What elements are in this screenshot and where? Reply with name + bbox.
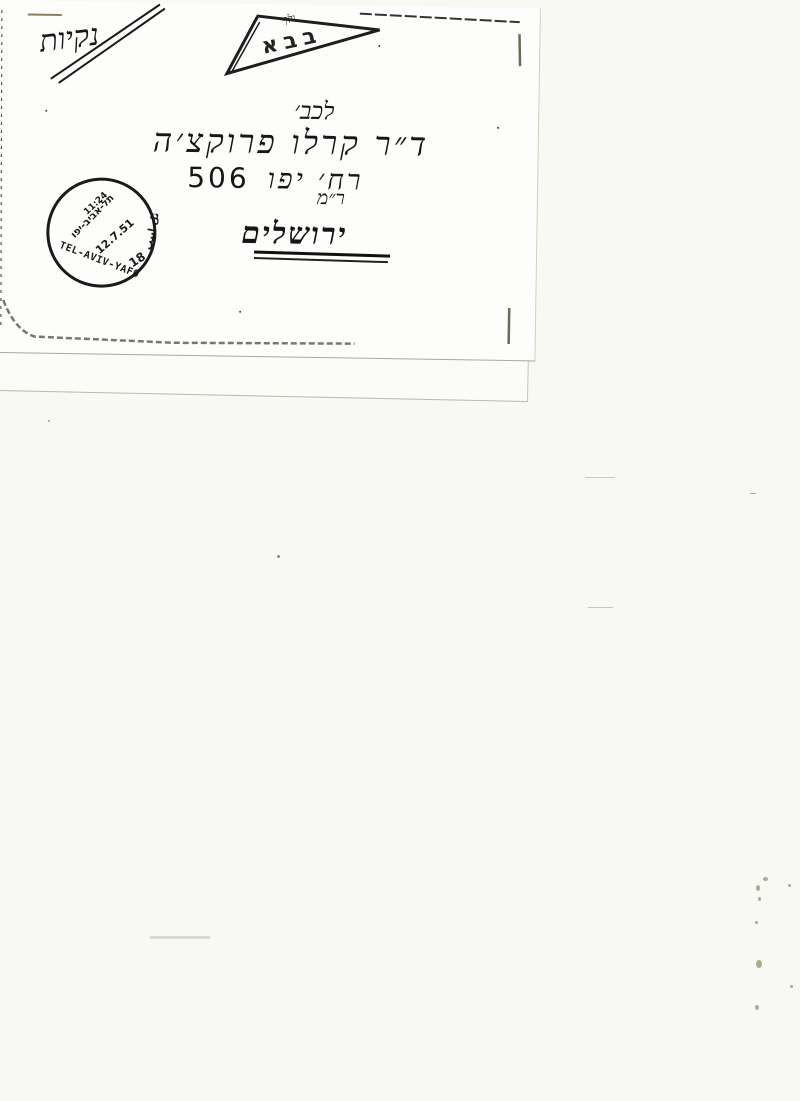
stain-speck — [755, 1005, 759, 1010]
street-name: רח׳ יפו — [267, 162, 363, 197]
postmark-date: 12.7.51 — [93, 216, 137, 256]
corner-note: נקיות — [37, 18, 101, 60]
stain-speck — [758, 897, 761, 901]
scan-artifact — [585, 477, 615, 478]
address-name: ד״ר קרלו פרוקצ׳ה — [152, 120, 429, 164]
envelope: נקיות ולף בבא לכב׳ ד״ר קרלו פרוקצ׳ה 506ר… — [0, 0, 541, 361]
dust-speck — [277, 555, 280, 558]
staple-bottom — [509, 308, 510, 344]
address-abbreviation: ר״מ — [317, 187, 345, 210]
scanned-page: נקיות ולף בבא לכב׳ ד״ר קרלו פרוקצ׳ה 506ר… — [0, 0, 800, 1101]
scan-artifact — [150, 936, 210, 939]
street-number: 506 — [187, 161, 250, 195]
city-underline — [254, 252, 390, 256]
triangle-small-text: ולף — [281, 11, 297, 26]
scan-artifact — [588, 607, 613, 608]
stain-speck — [790, 985, 793, 988]
stain-speck — [756, 885, 760, 891]
pin-mark — [28, 14, 62, 15]
scan-artifact — [750, 493, 756, 494]
address-city: ירושלים — [241, 216, 348, 253]
stain-speck — [763, 877, 768, 881]
stain-speck — [788, 884, 791, 887]
staple-top — [519, 34, 521, 66]
dust-speck — [48, 420, 50, 422]
stain-speck — [756, 960, 762, 968]
left-edge-noise — [0, 10, 6, 330]
bottom-edge-shadow — [3, 300, 356, 346]
top-edge-shadow — [360, 14, 520, 23]
stain-speck — [755, 921, 758, 924]
